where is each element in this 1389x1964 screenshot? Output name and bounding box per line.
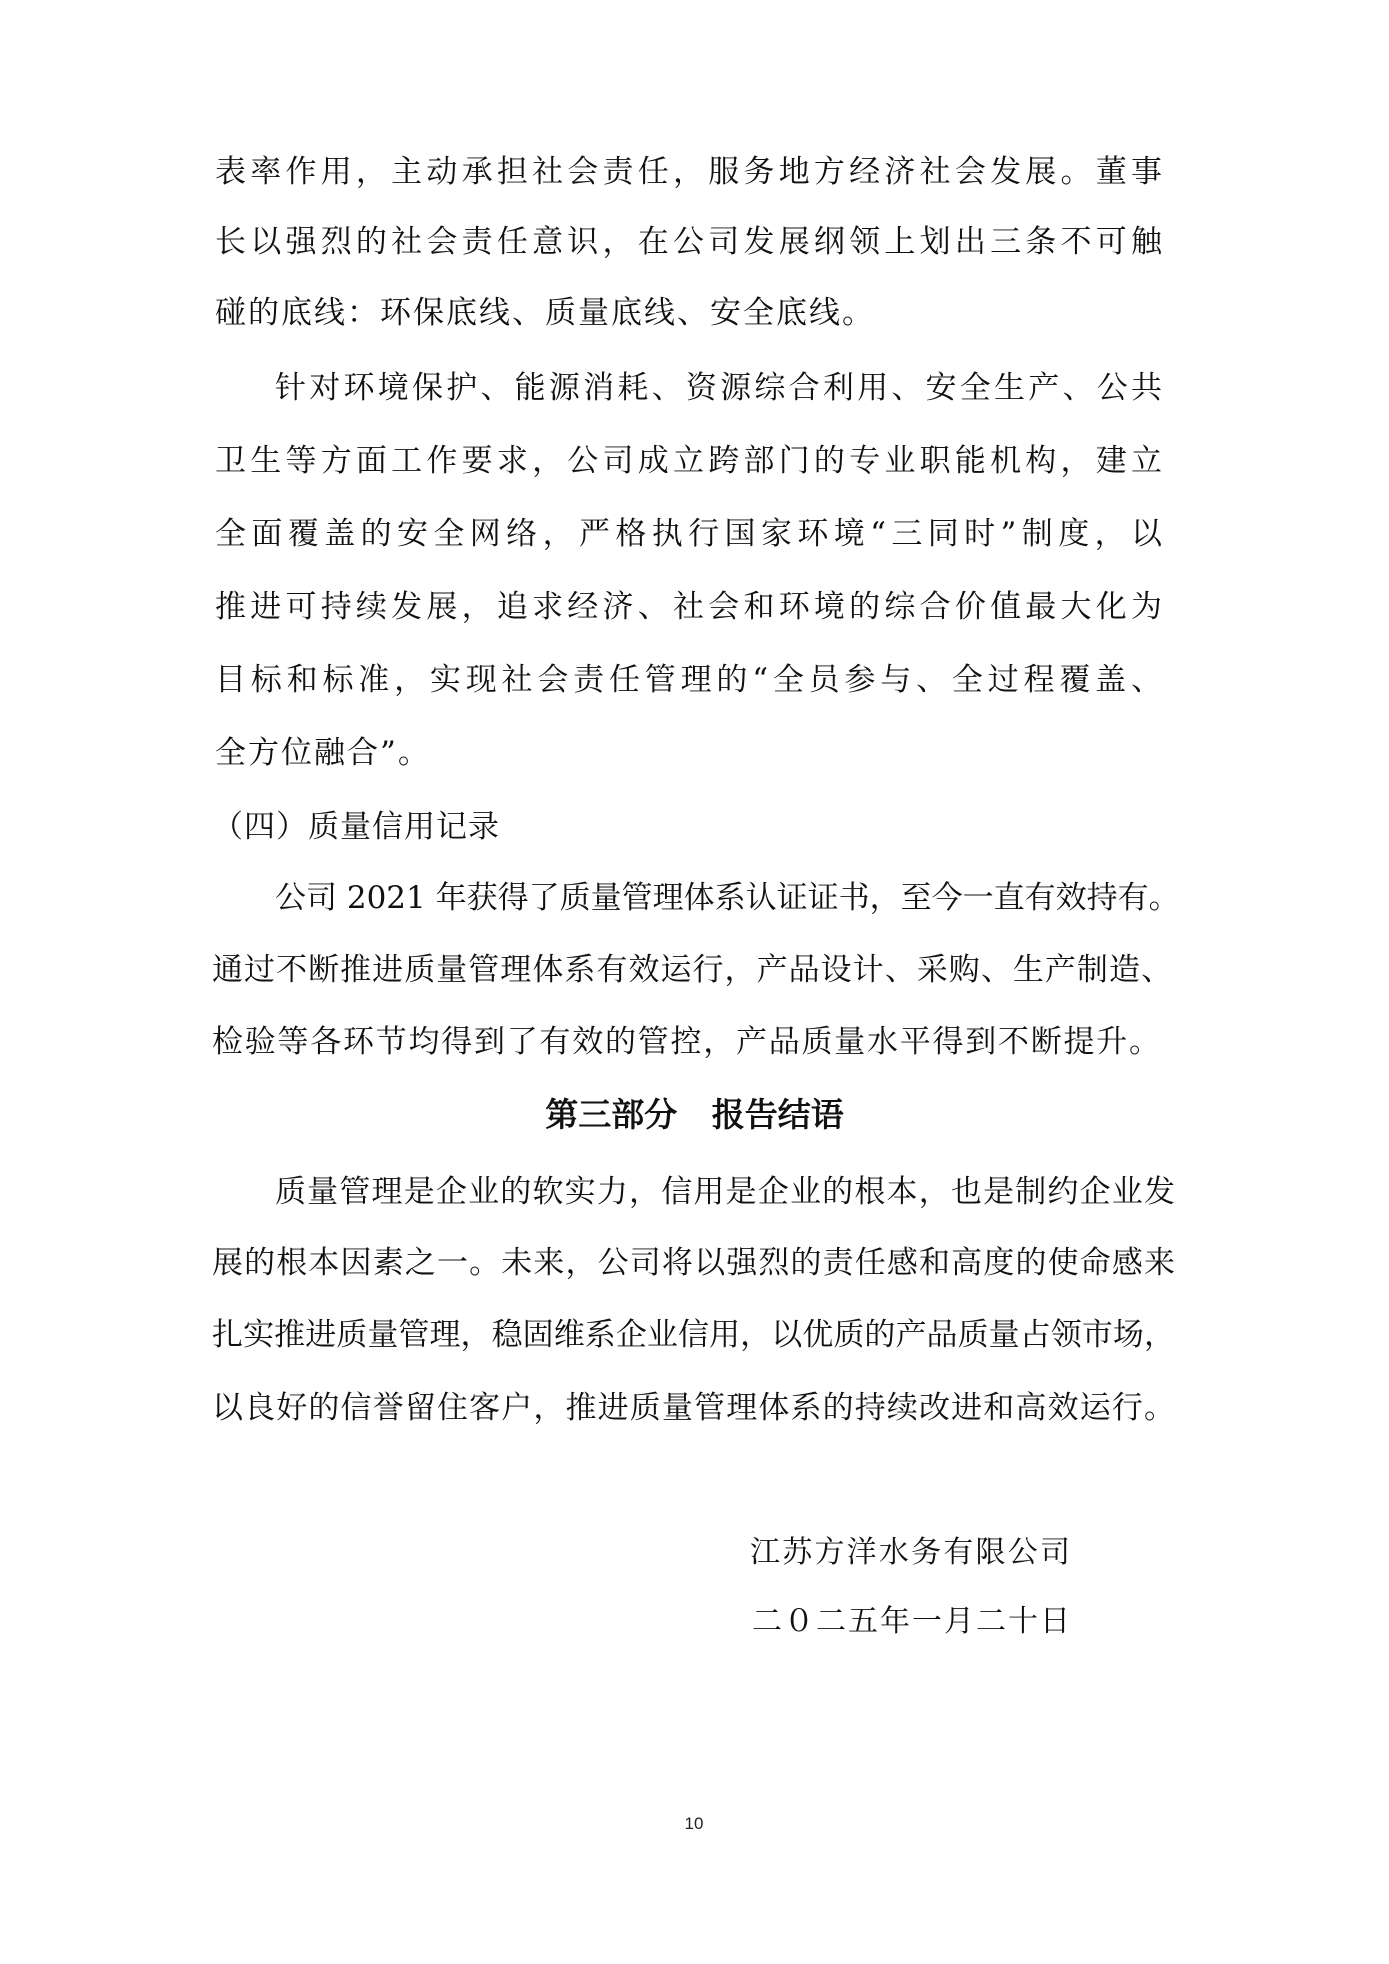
paragraph-line: 全方位融合”。 xyxy=(215,733,1162,773)
paragraph-line: 通过不断推进质量管理体系有效运行，产品设计、采购、生产制造、 xyxy=(212,950,1172,990)
subsection-heading: （四）质量信用记录 xyxy=(212,807,612,847)
signature-company: 江苏方洋水务有限公司 xyxy=(750,1533,1070,1573)
paragraph-line: 推进可持续发展，追求经济、社会和环境的综合价值最大化为 xyxy=(215,587,1162,627)
paragraph-line: 卫生等方面工作要求，公司成立跨部门的专业职能机构，建立 xyxy=(215,441,1162,481)
paragraph-line: 目标和标准，实现社会责任管理的“全员参与、全过程覆盖、 xyxy=(215,660,1162,700)
paragraph-line: 表率作用，主动承担社会责任，服务地方经济社会发展。董事 xyxy=(215,152,1162,192)
paragraph-line: 展的根本因素之一。未来，公司将以强烈的责任感和高度的使命感来 xyxy=(212,1243,1175,1283)
paragraph-line: 全面覆盖的安全网络，严格执行国家环境“三同时”制度，以 xyxy=(215,514,1162,554)
paragraph-line: 碰的底线：环保底线、质量底线、安全底线。 xyxy=(215,293,1162,333)
page-number: 10 xyxy=(644,1812,744,1836)
paragraph-line: 检验等各环节均得到了有效的管控，产品质量水平得到不断提升。 xyxy=(212,1022,1160,1062)
paragraph-line: 扎实推进质量管理，稳固维系企业信用，以优质的产品质量占领市场， xyxy=(212,1315,1175,1355)
document-page: 表率作用，主动承担社会责任，服务地方经济社会发展。董事 长以强烈的社会责任意识，… xyxy=(0,0,1389,1964)
signature-date: 二０二五年一月二十日 xyxy=(752,1602,1070,1642)
paragraph-line: 长以强烈的社会责任意识，在公司发展纲领上划出三条不可触 xyxy=(215,222,1162,262)
paragraph-line: 质量管理是企业的软实力，信用是企业的根本，也是制约企业发 xyxy=(275,1172,1175,1212)
section-title: 第三部分 报告结语 xyxy=(500,1093,889,1137)
paragraph-line: 公司 2021 年获得了质量管理体系认证证书，至今一直有效持有。 xyxy=(275,878,1175,918)
paragraph-line: 以良好的信誉留住客户，推进质量管理体系的持续改进和高效运行。 xyxy=(212,1388,1175,1428)
paragraph-line: 针对环境保护、能源消耗、资源综合利用、安全生产、公共 xyxy=(275,368,1162,408)
